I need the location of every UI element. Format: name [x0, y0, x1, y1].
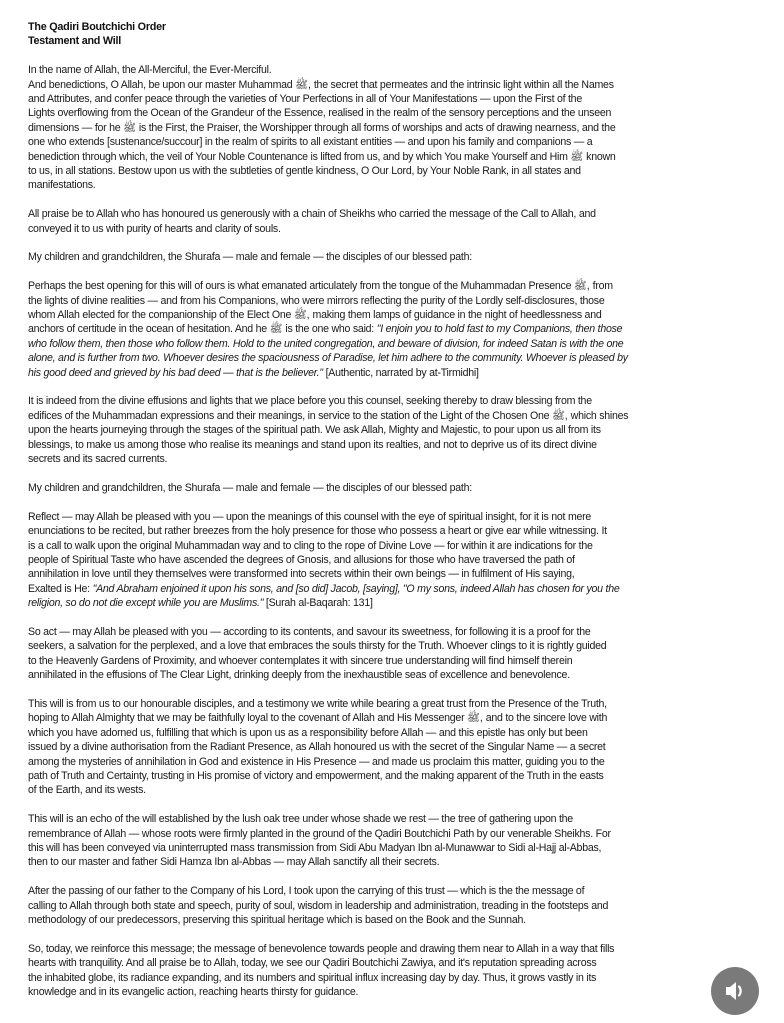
text-line: This will is an echo of the will establi… [28, 812, 728, 826]
text-line: hoping to Allah Almighty that we may be … [28, 711, 728, 725]
paragraphs: In the name of Allah, the All-Merciful, … [28, 63, 728, 999]
text-line: to us, in all stations. Bestow upon us w… [28, 164, 728, 178]
text-line: to the Heavenly Gardens of Proximity, an… [28, 654, 728, 668]
speaker-button[interactable] [711, 967, 759, 1015]
text-line: blessings, to make us among those who re… [28, 438, 728, 452]
text-line: enunciations to be recited, but rather b… [28, 524, 728, 538]
paragraph: My children and grandchildren, the Shura… [28, 250, 728, 264]
text-line: It is indeed from the divine effusions a… [28, 394, 728, 408]
title-line-2: Testament and Will [28, 34, 728, 48]
quote-text: "And Abraham enjoined it upon his sons, … [93, 583, 620, 595]
quote-text: alone, and is further from two. Whoever … [28, 352, 628, 364]
text-line: manifestations. [28, 178, 728, 192]
paragraph: So act — may Allah be pleased with you —… [28, 625, 728, 683]
text-line: dimensions — for he ﷺ is the First, the … [28, 121, 728, 135]
text-line: upon the hearts journeying through the s… [28, 423, 728, 437]
text-line: which you have adorned us, fulfilling th… [28, 726, 728, 740]
paragraph: Reflect — may Allah be pleased with you … [28, 510, 728, 611]
text-line: In the name of Allah, the All-Merciful, … [28, 63, 728, 77]
paragraph: In the name of Allah, the All-Merciful, … [28, 63, 728, 193]
text-line: one who extends [sustenance/succour] in … [28, 135, 728, 149]
title-line-1: The Qadiri Boutchichi Order [28, 20, 728, 34]
text-line: After the passing of our father to the C… [28, 884, 728, 898]
text-line: remembrance of Allah — whose roots were … [28, 827, 728, 841]
quote-text: religion, so do not die except while you… [28, 597, 263, 609]
text-line: hearts with tranquility. And all praise … [28, 956, 728, 970]
paragraph: It is indeed from the divine effusions a… [28, 394, 728, 466]
speaker-volume-icon [723, 980, 747, 1002]
text-line: My children and grandchildren, the Shura… [28, 250, 728, 264]
text-line: this will has been conveyed via uninterr… [28, 841, 728, 855]
text-line: and Attributes, and confer peace through… [28, 92, 728, 106]
text-line: All praise be to Allah who has honoured … [28, 207, 728, 221]
text-line: Perhaps the best opening for this will o… [28, 279, 728, 293]
text-line: anchors of certitude in the ocean of hes… [28, 323, 377, 335]
paragraph: So, today, we reinforce this message; th… [28, 942, 728, 1000]
text-line: the lights of divine realities — and fro… [28, 294, 728, 308]
quote-text: "I enjoin you to hold fast to my Compani… [377, 323, 623, 335]
text-line: methodology of our predecessors, preserv… [28, 913, 728, 927]
text-line: So act — may Allah be pleased with you —… [28, 625, 728, 639]
citation: [Authentic, narrated by at-Tirmidhi] [323, 367, 479, 379]
text-line: then to our master and father Sidi Hamza… [28, 855, 728, 869]
text-line: people of Spiritual Taste who have ascen… [28, 553, 728, 567]
paragraph: All praise be to Allah who has honoured … [28, 207, 728, 236]
text-line: conveyed it to us with purity of hearts … [28, 222, 728, 236]
text-line: of the Earth, and its wests. [28, 783, 728, 797]
text-line: edifices of the Muhammadan expressions a… [28, 409, 728, 423]
paragraph: This will is from us to our honourable d… [28, 697, 728, 798]
text-line: among the mysteries of annihilation in G… [28, 755, 728, 769]
text-line: Exalted is He: [28, 583, 93, 595]
text-line: is a call to walk upon the original Muha… [28, 539, 728, 553]
text-line: knowledge and in its evangelic action, r… [28, 985, 728, 999]
text-line: annihilated in the effusions of The Clea… [28, 668, 728, 682]
paragraph: After the passing of our father to the C… [28, 884, 728, 927]
text-line: Reflect — may Allah be pleased with you … [28, 510, 728, 524]
citation: [Surah al-Baqarah: 131] [263, 597, 372, 609]
text-line: My children and grandchildren, the Shura… [28, 481, 728, 495]
document-body: The Qadiri Boutchichi Order Testament an… [28, 20, 728, 1014]
text-line: benediction through which, the veil of Y… [28, 150, 728, 164]
text-line: secrets and its sacred currents. [28, 452, 728, 466]
paragraph: Perhaps the best opening for this will o… [28, 279, 728, 380]
text-line: seekers, a salvation for the perplexed, … [28, 639, 728, 653]
quote-text: who follow them, then those who follow t… [28, 338, 623, 350]
quote-text: his good deed and grieved by his bad dee… [28, 367, 323, 379]
text-line: Lights overflowing from the Ocean of the… [28, 106, 728, 120]
text-line: annihilation in love until they themselv… [28, 567, 728, 581]
text-line: So, today, we reinforce this message; th… [28, 942, 728, 956]
text-line: the inhabited globe, its radiance expand… [28, 971, 728, 985]
text-line: path of Truth and Certainty, trusting in… [28, 769, 728, 783]
paragraph: My children and grandchildren, the Shura… [28, 481, 728, 495]
paragraph: This will is an echo of the will establi… [28, 812, 728, 870]
text-line: This will is from us to our honourable d… [28, 697, 728, 711]
document-title: The Qadiri Boutchichi Order Testament an… [28, 20, 728, 49]
text-line: issued by a divine authorisation from th… [28, 740, 728, 754]
text-line: whom Allah elected for the companionship… [28, 308, 728, 322]
text-line: And benedictions, O Allah, be upon our m… [28, 78, 728, 92]
text-line: calling to Allah through both state and … [28, 899, 728, 913]
